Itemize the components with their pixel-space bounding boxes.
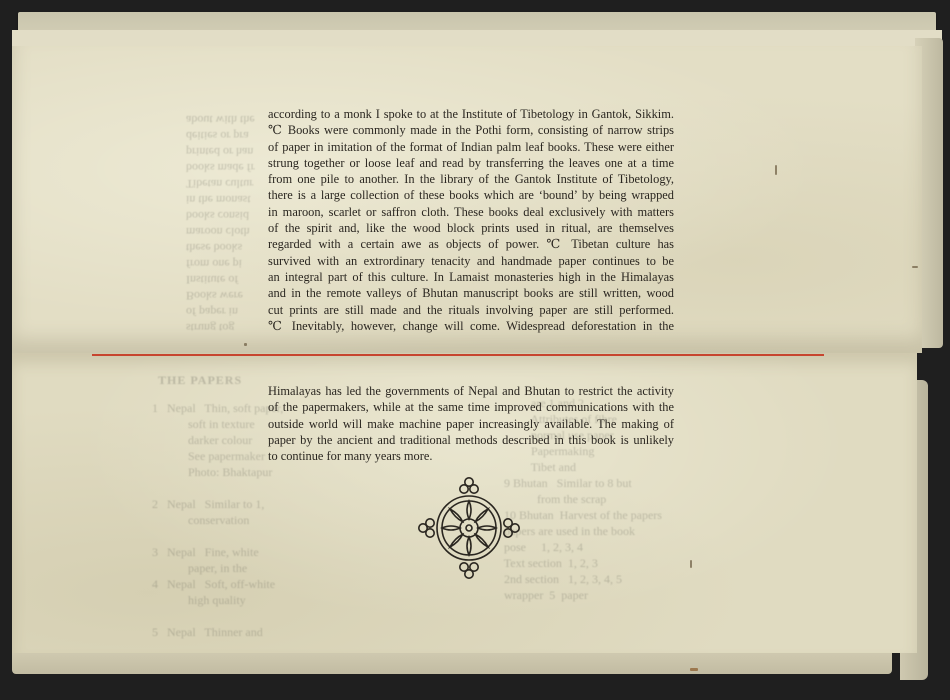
text-line: and in the remote valleys of Bhutan manu…: [268, 285, 674, 301]
text-line: outside world will make machine paper in…: [268, 416, 674, 432]
text-line: paper by the ancient and traditional met…: [268, 432, 674, 448]
text-line: regarded with a certain awe as objects o…: [268, 236, 674, 252]
text-line: strung together or loose leaf and read b…: [268, 155, 674, 171]
text-line: survived with an extrordinary tenacity a…: [268, 253, 674, 269]
text-line: from one pile to another. In the library…: [268, 171, 674, 187]
text-line: of the spirit and, like the wood block p…: [268, 220, 674, 236]
fold-red-rule: [92, 354, 824, 356]
text-line: Himalayas has led the governments of Nep…: [268, 383, 674, 399]
show-through-text-top: strung tog of paper in Books were Instit…: [186, 112, 255, 336]
text-line: in maroon, scarlet or saffron cloth. The…: [268, 204, 674, 220]
bottom-page-text: Himalayas has led the governments of Nep…: [268, 383, 674, 464]
show-through-list: 1 Nepal Thin, soft paper, soft in textur…: [152, 400, 283, 640]
dharma-wheel-ornament-icon: [415, 474, 523, 582]
show-through-heading: THE PAPERS: [158, 372, 242, 388]
text-line: to continue for many years more.: [268, 448, 674, 464]
text-line: cut prints are still made and the ritual…: [268, 302, 674, 318]
text-line: ℃ Books were commonly made in the Pothi …: [268, 122, 674, 138]
top-page-text: according to a monk I spoke to at the In…: [268, 106, 674, 334]
text-line: according to a monk I spoke to at the In…: [268, 106, 674, 122]
text-line: ℃ Inevitably, however, change will come.…: [268, 318, 674, 334]
text-line: of paper in imitation of the format of I…: [268, 139, 674, 155]
paper-fiber-speck: [690, 560, 692, 568]
text-line: an integral part of this culture. In Lam…: [268, 269, 674, 285]
paper-fiber-speck: [912, 266, 918, 268]
text-line: of the papermakers, while at the same ti…: [268, 399, 674, 415]
paper-fiber-speck: [690, 668, 698, 671]
paper-fiber-speck: [244, 343, 247, 346]
text-line: there is a large collection of these boo…: [268, 187, 674, 203]
paper-fiber-speck: [775, 165, 777, 175]
